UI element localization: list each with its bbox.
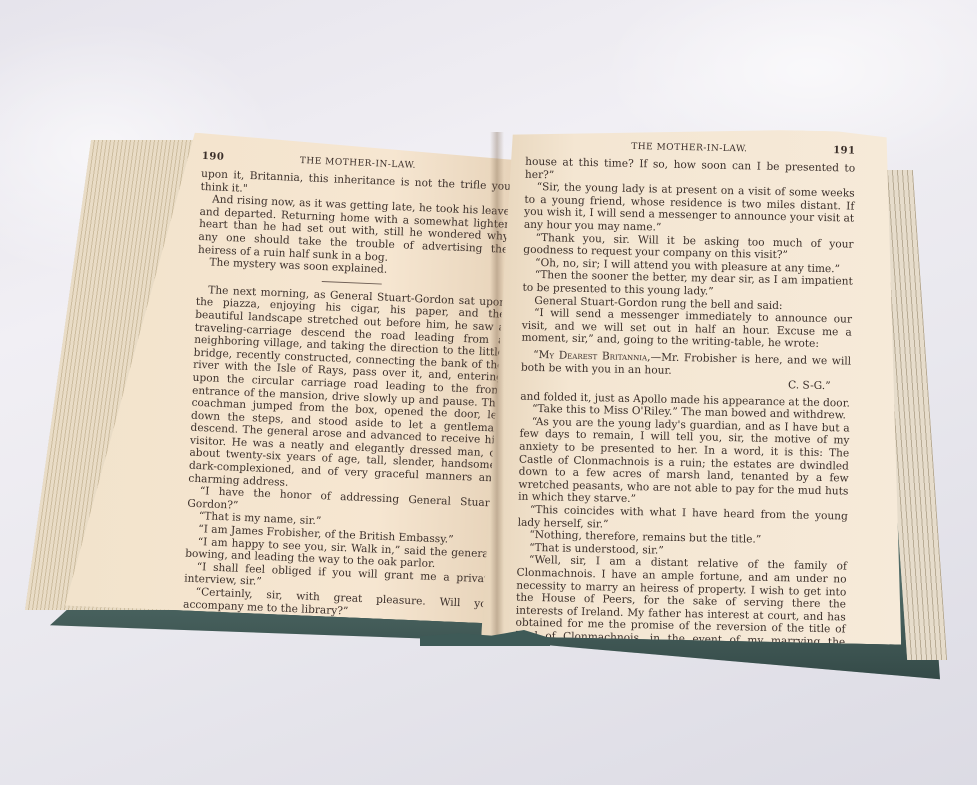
running-head: THE MOTHER-IN-LAW. xyxy=(631,142,747,154)
paragraph: “You know her intimately, then?” xyxy=(179,686,489,712)
paragraph: “Where was she educated? What is she lik… xyxy=(178,711,488,737)
paragraph: “At Hartford, Connecticut, sir; and she … xyxy=(177,724,488,762)
book-gutter xyxy=(490,132,504,642)
paragraph: “I do, sir.” xyxy=(179,699,489,725)
paragraph: “Sir, the young lady is at present on a … xyxy=(524,181,855,238)
right-page-text: house at this time? If so, how soon can … xyxy=(514,156,855,712)
page-number: 191 xyxy=(833,145,856,156)
right-page-header: THE MOTHER-IN-LAW. 191 xyxy=(525,139,855,157)
right-page: THE MOTHER-IN-LAW. 191 house at this tim… xyxy=(481,124,912,645)
running-head: THE MOTHER-IN-LAW. xyxy=(300,156,417,171)
page-number: 190 xyxy=(202,151,225,163)
paragraph: “I will send a messenger immediately to … xyxy=(521,307,852,352)
paragraph: “I am pleased to hear you say so, sir. I… xyxy=(177,749,487,775)
paragraph: “As you are the young lady's guardian, a… xyxy=(518,416,850,511)
photo-scene: 190 THE MOTHER-IN-LAW. upon it, Britanni… xyxy=(0,0,977,785)
left-page-text: upon it, Britannia, this inheritance is … xyxy=(177,168,512,775)
section-divider xyxy=(322,281,382,285)
paragraph: “Sir, I am, in some sort, the guardian o… xyxy=(180,661,491,699)
paragraph: The next morning, as General Stuart-Gord… xyxy=(188,284,506,498)
